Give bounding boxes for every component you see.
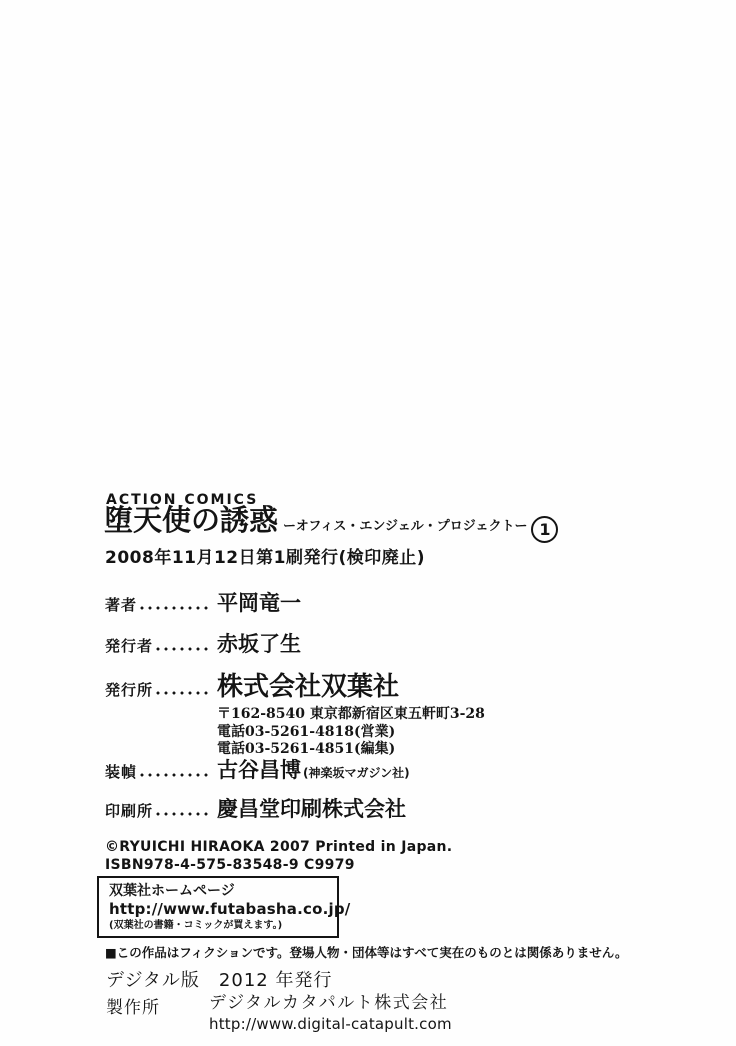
issuer-row: 発行者 赤坂了生 xyxy=(105,632,665,656)
digital-producer-row: 製作所 デジタルカタパルト株式会社 http://www.digital-cat… xyxy=(106,993,452,1035)
binding-designer-name: 古谷昌博 xyxy=(217,758,301,782)
binding-label-group: 装幀 xyxy=(105,761,217,782)
publisher-label-group: 発行所 xyxy=(105,679,217,700)
print-edition-line: 2008年11月12日第1刷発行(検印廃止) xyxy=(105,543,425,568)
author-label-group: 著者 xyxy=(105,594,217,615)
dot-leader xyxy=(140,773,212,777)
copyright-block: ©RYUICHI HIRAOKA 2007 Printed in Japan. … xyxy=(105,838,452,874)
homepage-title: 双葉社ホームページ xyxy=(109,883,327,900)
publisher-name: 株式会社双葉社 xyxy=(217,672,399,702)
producer-url: http://www.digital-catapult.com xyxy=(209,1015,452,1035)
homepage-note: (双葉社の書籍・コミックが買えます。) xyxy=(109,920,327,933)
volume-number-badge: 1 xyxy=(531,516,558,543)
publisher-address-line: 〒162-8540 東京都新宿区東五軒町3-28 xyxy=(217,706,485,724)
author-label: 著者 xyxy=(105,594,137,615)
digital-edition-line: デジタル版 2012 年発行 xyxy=(106,966,332,992)
dot-leader xyxy=(156,812,212,816)
publisher-homepage-box: 双葉社ホームページ http://www.futabasha.co.jp/ (双… xyxy=(97,876,339,938)
author-name: 平岡竜一 xyxy=(217,591,301,615)
copyright-line: ©RYUICHI HIRAOKA 2007 Printed in Japan. xyxy=(105,838,452,856)
producer-name: デジタルカタパルト株式会社 xyxy=(209,993,452,1013)
printer-row: 印刷所 慶昌堂印刷株式会社 xyxy=(105,797,665,821)
issuer-label: 発行者 xyxy=(105,635,153,656)
title-row: 堕天使の誘惑 ーオフィス・エンジェル・プロジェクトー 1 xyxy=(104,505,558,538)
issuer-label-group: 発行者 xyxy=(105,635,217,656)
manga-subtitle: ーオフィス・エンジェル・プロジェクトー xyxy=(283,515,527,534)
isbn-line: ISBN978-4-575-83548-9 C9979 xyxy=(105,856,452,874)
publisher-phone-editorial: 電話03-5261-4851(編集) xyxy=(217,741,485,759)
fiction-disclaimer: ■この作品はフィクションです。登場人物・団体等はすべて実在のものとは関係ありませ… xyxy=(105,943,628,961)
author-row: 著者 平岡竜一 xyxy=(105,591,665,615)
manga-title: 堕天使の誘惑 xyxy=(104,505,278,537)
publisher-phone-sales: 電話03-5261-4818(営業) xyxy=(217,724,485,742)
printer-label-group: 印刷所 xyxy=(105,800,217,821)
dot-leader xyxy=(156,647,212,651)
binding-label: 装幀 xyxy=(105,761,137,782)
printer-name: 慶昌堂印刷株式会社 xyxy=(217,797,406,821)
issuer-name: 赤坂了生 xyxy=(217,632,301,656)
binding-designer-note: (神楽坂マガジン社) xyxy=(303,764,410,781)
printer-label: 印刷所 xyxy=(105,800,153,821)
binding-designer-row: 装幀 古谷昌博 (神楽坂マガジン社) xyxy=(105,758,665,782)
producer-info: デジタルカタパルト株式会社 http://www.digital-catapul… xyxy=(209,993,452,1035)
colophon-page: ACTION COMICS 堕天使の誘惑 ーオフィス・エンジェル・プロジェクトー… xyxy=(0,0,736,1046)
homepage-url: http://www.futabasha.co.jp/ xyxy=(109,900,327,919)
publisher-address-block: 〒162-8540 東京都新宿区東五軒町3-28 電話03-5261-4818(… xyxy=(217,706,485,759)
publisher-row: 発行所 株式会社双葉社 〒162-8540 東京都新宿区東五軒町3-28 電話0… xyxy=(105,673,665,759)
publisher-value-column: 株式会社双葉社 〒162-8540 東京都新宿区東五軒町3-28 電話03-52… xyxy=(217,673,485,759)
publisher-label: 発行所 xyxy=(105,679,153,700)
dot-leader xyxy=(140,606,212,610)
dot-leader xyxy=(156,691,212,695)
producer-label: 製作所 xyxy=(106,993,209,1018)
